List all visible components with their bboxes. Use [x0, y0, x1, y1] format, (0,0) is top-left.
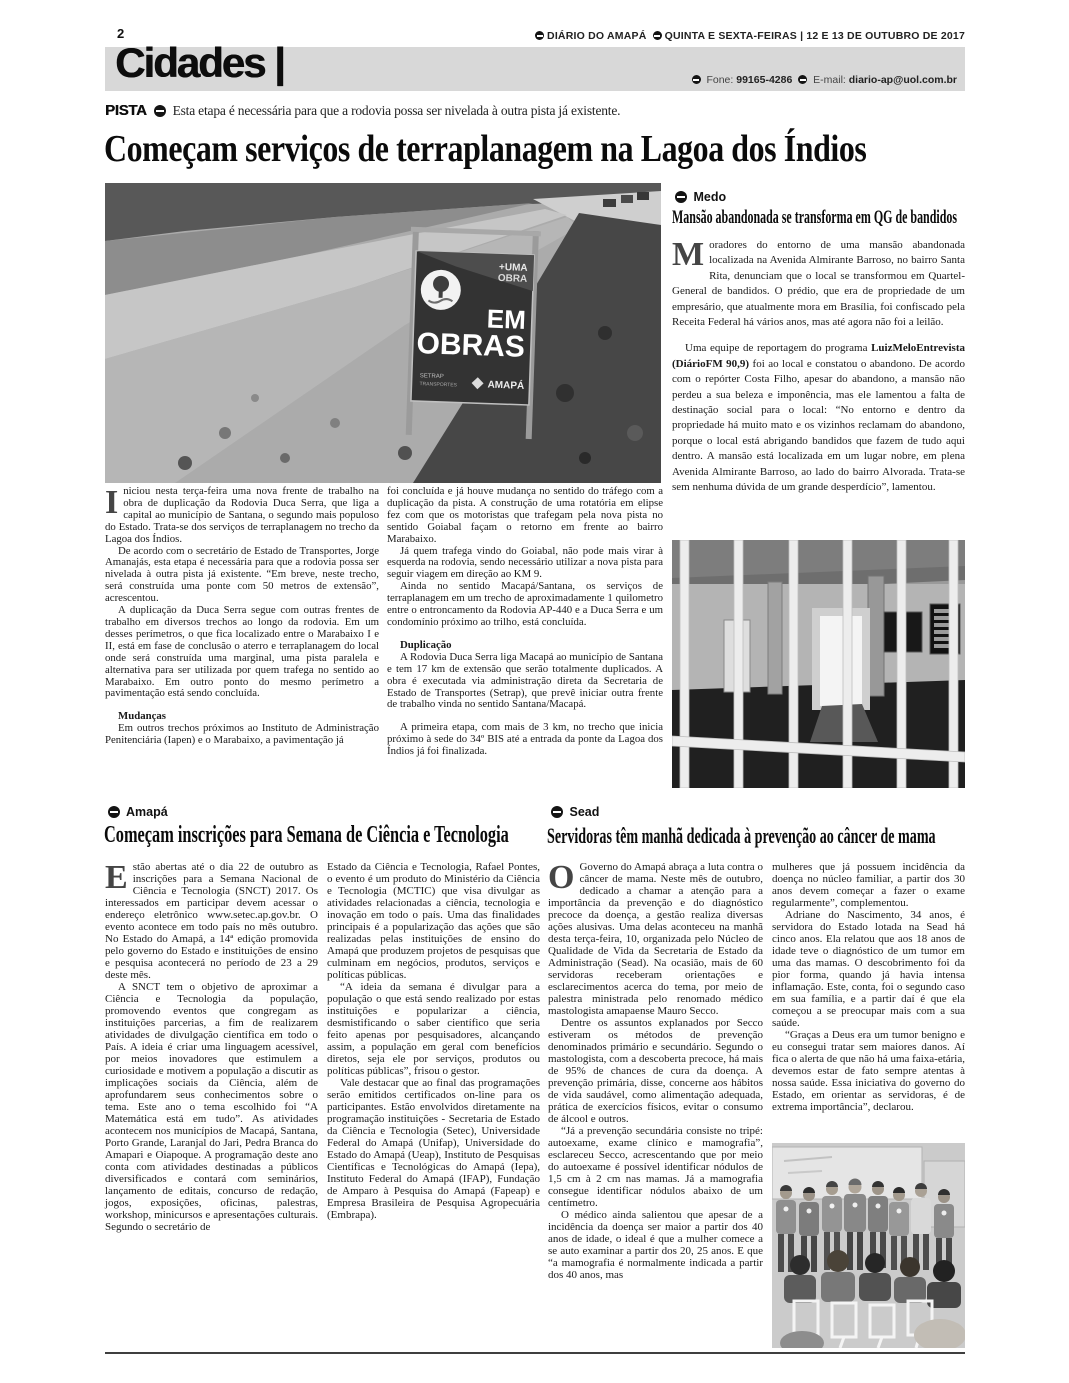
- amapa-c2-p1: Estado da Ciência e Tecnologia, Rafael P…: [327, 861, 540, 981]
- sead-column-2: mulheres que já possuem incidência da do…: [772, 861, 965, 1113]
- sead-c2-p2: Adriane do Nascimento, 34 anos, é servid…: [772, 909, 965, 1029]
- dropcap: O: [548, 861, 579, 892]
- newspaper-page: 2 DIÁRIO DO AMAPÁ QUINTA E SEXTA-FEIRAS …: [0, 0, 1069, 1383]
- medo-paragraph: Uma equipe de reportagem do programa Lui…: [672, 341, 965, 495]
- edition-date: QUINTA E SEXTA-FEIRAS | 12 E 13 DE OUTUB…: [665, 30, 965, 42]
- sead-kicker-row: Sead: [548, 805, 599, 819]
- sign-setrap: SETRAP: [420, 373, 444, 380]
- lead-paragraph: Iniciou nesta terça-feira uma nova frent…: [105, 486, 379, 546]
- construction-photo: +UMA OBRA EM OBRAS SETRAP TRANSPORTES AM…: [105, 183, 661, 483]
- section-title: Cidades |: [115, 39, 284, 87]
- sead-c1-p4: O médico ainda salientou que apesar de a…: [548, 1209, 763, 1281]
- lead-c1-p3: A duplicação da Duca Serra segue com out…: [105, 605, 379, 700]
- lead-standfirst: Esta etapa é necessária para que a rodov…: [173, 103, 621, 118]
- lead-c2-p2: Já quem trafega vindo do Goiabal, não po…: [387, 546, 663, 582]
- medo-p2b: foi ao local e constatou o abandono. De …: [672, 358, 965, 493]
- amapa-c1-p2: A SNCT tem o objetivo de aproximar a Ciê…: [105, 981, 318, 1233]
- lead-kicker-row: PISTA Esta etapa é necessária para que a…: [105, 102, 620, 120]
- lead-c1-p4: Em outros trechos próximos ao Instituto …: [105, 723, 379, 747]
- sead-paragraph: OGoverno do Amapá abraça a luta contra o…: [548, 861, 763, 1017]
- amapa-c2-p3: Vale destacar que ao final das programaç…: [327, 1077, 540, 1221]
- lead-c2-p3: Ainda no sentido Macapá/Santana, os serv…: [387, 581, 663, 629]
- medo-kicker: Medo: [693, 190, 726, 204]
- sead-c1-p1: Governo do Amapá abraça a luta contra o …: [548, 861, 763, 1017]
- mansion-photo: [672, 540, 965, 788]
- medo-body: Moradores do entorno de uma mansão aband…: [672, 238, 965, 496]
- sead-headline: Servidoras têm manhã dedicada à prevençã…: [547, 823, 936, 849]
- email-icon: [798, 75, 807, 84]
- lead-c1-p2: De acordo com o secretário de Estado de …: [105, 546, 379, 606]
- amapa-paragraph: Estão abertas até o dia 22 de outubro as…: [105, 861, 318, 981]
- diario-bullet-icon: [675, 191, 687, 203]
- phone-value: 99165-4286: [736, 74, 792, 86]
- meeting-photo: [772, 1143, 965, 1348]
- lead-c2-p4: A Rodovia Duca Serra liga Macapá ao muni…: [387, 652, 663, 712]
- lead-c2-subhead: Duplicação: [387, 640, 663, 652]
- masthead-title: DIÁRIO DO AMAPÁ: [547, 30, 646, 42]
- medo-p2a: Uma equipe de reportagem do programa: [685, 342, 871, 354]
- contact-line: Fone: 99165-4286 E-mail: diario-ap@uol.c…: [689, 74, 957, 86]
- medo-headline: Mansão abandonada se transforma em QG de…: [672, 207, 957, 229]
- phone-label: Fone:: [706, 74, 733, 86]
- lead-kicker: PISTA: [105, 102, 147, 119]
- email-value: diario-ap@uol.com.br: [849, 74, 957, 86]
- medo-kicker-row: Medo: [672, 190, 726, 204]
- amapa-kicker-row: Amapá: [105, 805, 168, 819]
- medo-p1: oradores do entorno de uma mansão abando…: [672, 239, 965, 328]
- diario-bullet-icon: [154, 105, 166, 117]
- dropcap: E: [105, 861, 133, 892]
- dropcap: M: [672, 238, 709, 269]
- sead-column-1: OGoverno do Amapá abraça a luta contra o…: [548, 861, 763, 1281]
- page-bottom-rule: [105, 1352, 965, 1354]
- mansion-photo-art: [672, 540, 965, 788]
- medo-paragraph: Moradores do entorno de uma mansão aband…: [672, 238, 965, 330]
- dropcap: I: [105, 486, 123, 517]
- diario-bullet-icon: [108, 806, 120, 818]
- sead-c1-p2: Dentre os assuntos explanados por Secco …: [548, 1017, 763, 1125]
- meeting-photo-art: [772, 1143, 965, 1348]
- sead-c1-p3: “Já a prevenção secundária consiste no t…: [548, 1125, 763, 1209]
- email-label: E-mail:: [813, 74, 846, 86]
- lead-c2-p5: A primeira etapa, com mais de 3 km, no t…: [387, 722, 663, 758]
- sign-obras: OBRAS: [416, 327, 525, 364]
- lead-c2-p1: foi concluída e já houve mudança no sent…: [387, 486, 663, 546]
- amapa-column-2: Estado da Ciência e Tecnologia, Rafael P…: [327, 861, 540, 1221]
- sead-kicker: Sead: [569, 805, 599, 819]
- diario-bullet-icon: [653, 31, 662, 40]
- sead-c2-p1: mulheres que já possuem incidência da do…: [772, 861, 965, 909]
- diario-bullet-icon: [551, 806, 563, 818]
- diario-bullet-icon: [535, 31, 544, 40]
- sign-amapa: AMAPÁ: [487, 378, 524, 392]
- amapa-c1-p1: stão abertas até o dia 22 de outubro as …: [105, 861, 318, 981]
- lead-column-1: Iniciou nesta terça-feira uma nova frent…: [105, 486, 379, 747]
- phone-icon: [692, 75, 701, 84]
- section-banner: Cidades | Fone: 99165-4286 E-mail: diari…: [105, 47, 965, 91]
- construction-photo-art: +UMA OBRA EM OBRAS SETRAP TRANSPORTES AM…: [105, 183, 661, 483]
- amapa-headline: Começam inscrições para Semana de Ciênci…: [104, 822, 509, 849]
- amapa-c2-p2: “A ideia da semana é divulgar para a pop…: [327, 981, 540, 1077]
- sign-obra: OBRA: [498, 273, 528, 285]
- lead-c1-p1: niciou nesta terça-feira uma nova frente…: [105, 485, 379, 545]
- sead-c2-p3: “Graças a Deus era um tumor benigno e eu…: [772, 1029, 965, 1113]
- amapa-column-1: Estão abertas até o dia 22 de outubro as…: [105, 861, 318, 1233]
- lead-headline: Começam serviços de terraplanagem na Lag…: [104, 127, 866, 171]
- lead-column-2: foi concluída e já houve mudança no sent…: [387, 486, 663, 758]
- masthead-line: DIÁRIO DO AMAPÁ QUINTA E SEXTA-FEIRAS | …: [532, 30, 965, 42]
- amapa-kicker: Amapá: [126, 805, 168, 819]
